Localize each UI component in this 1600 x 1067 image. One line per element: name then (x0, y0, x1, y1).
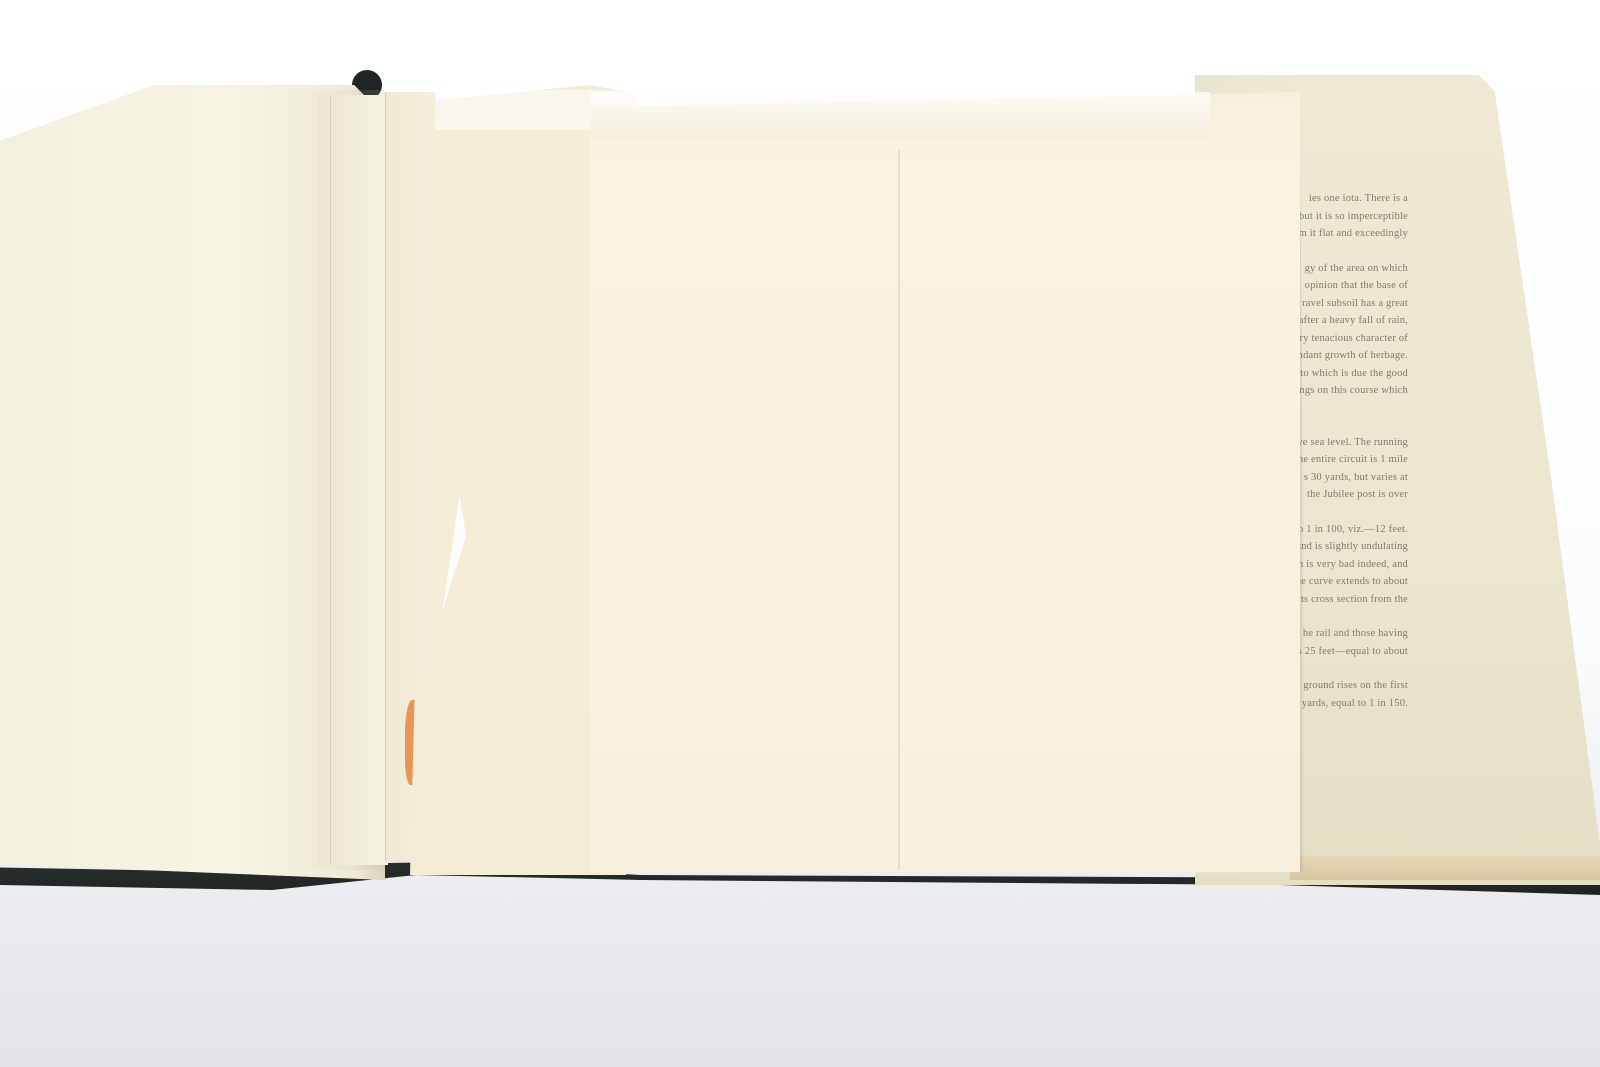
tissue-hinge-tape (590, 92, 1210, 140)
tissue-guard-leaf[interactable] (590, 92, 1300, 872)
spine-gutter (318, 95, 388, 865)
page-block-edges (1290, 855, 1600, 880)
tissue-fold-crease (898, 150, 900, 870)
spine-gutter-strip (330, 95, 343, 865)
